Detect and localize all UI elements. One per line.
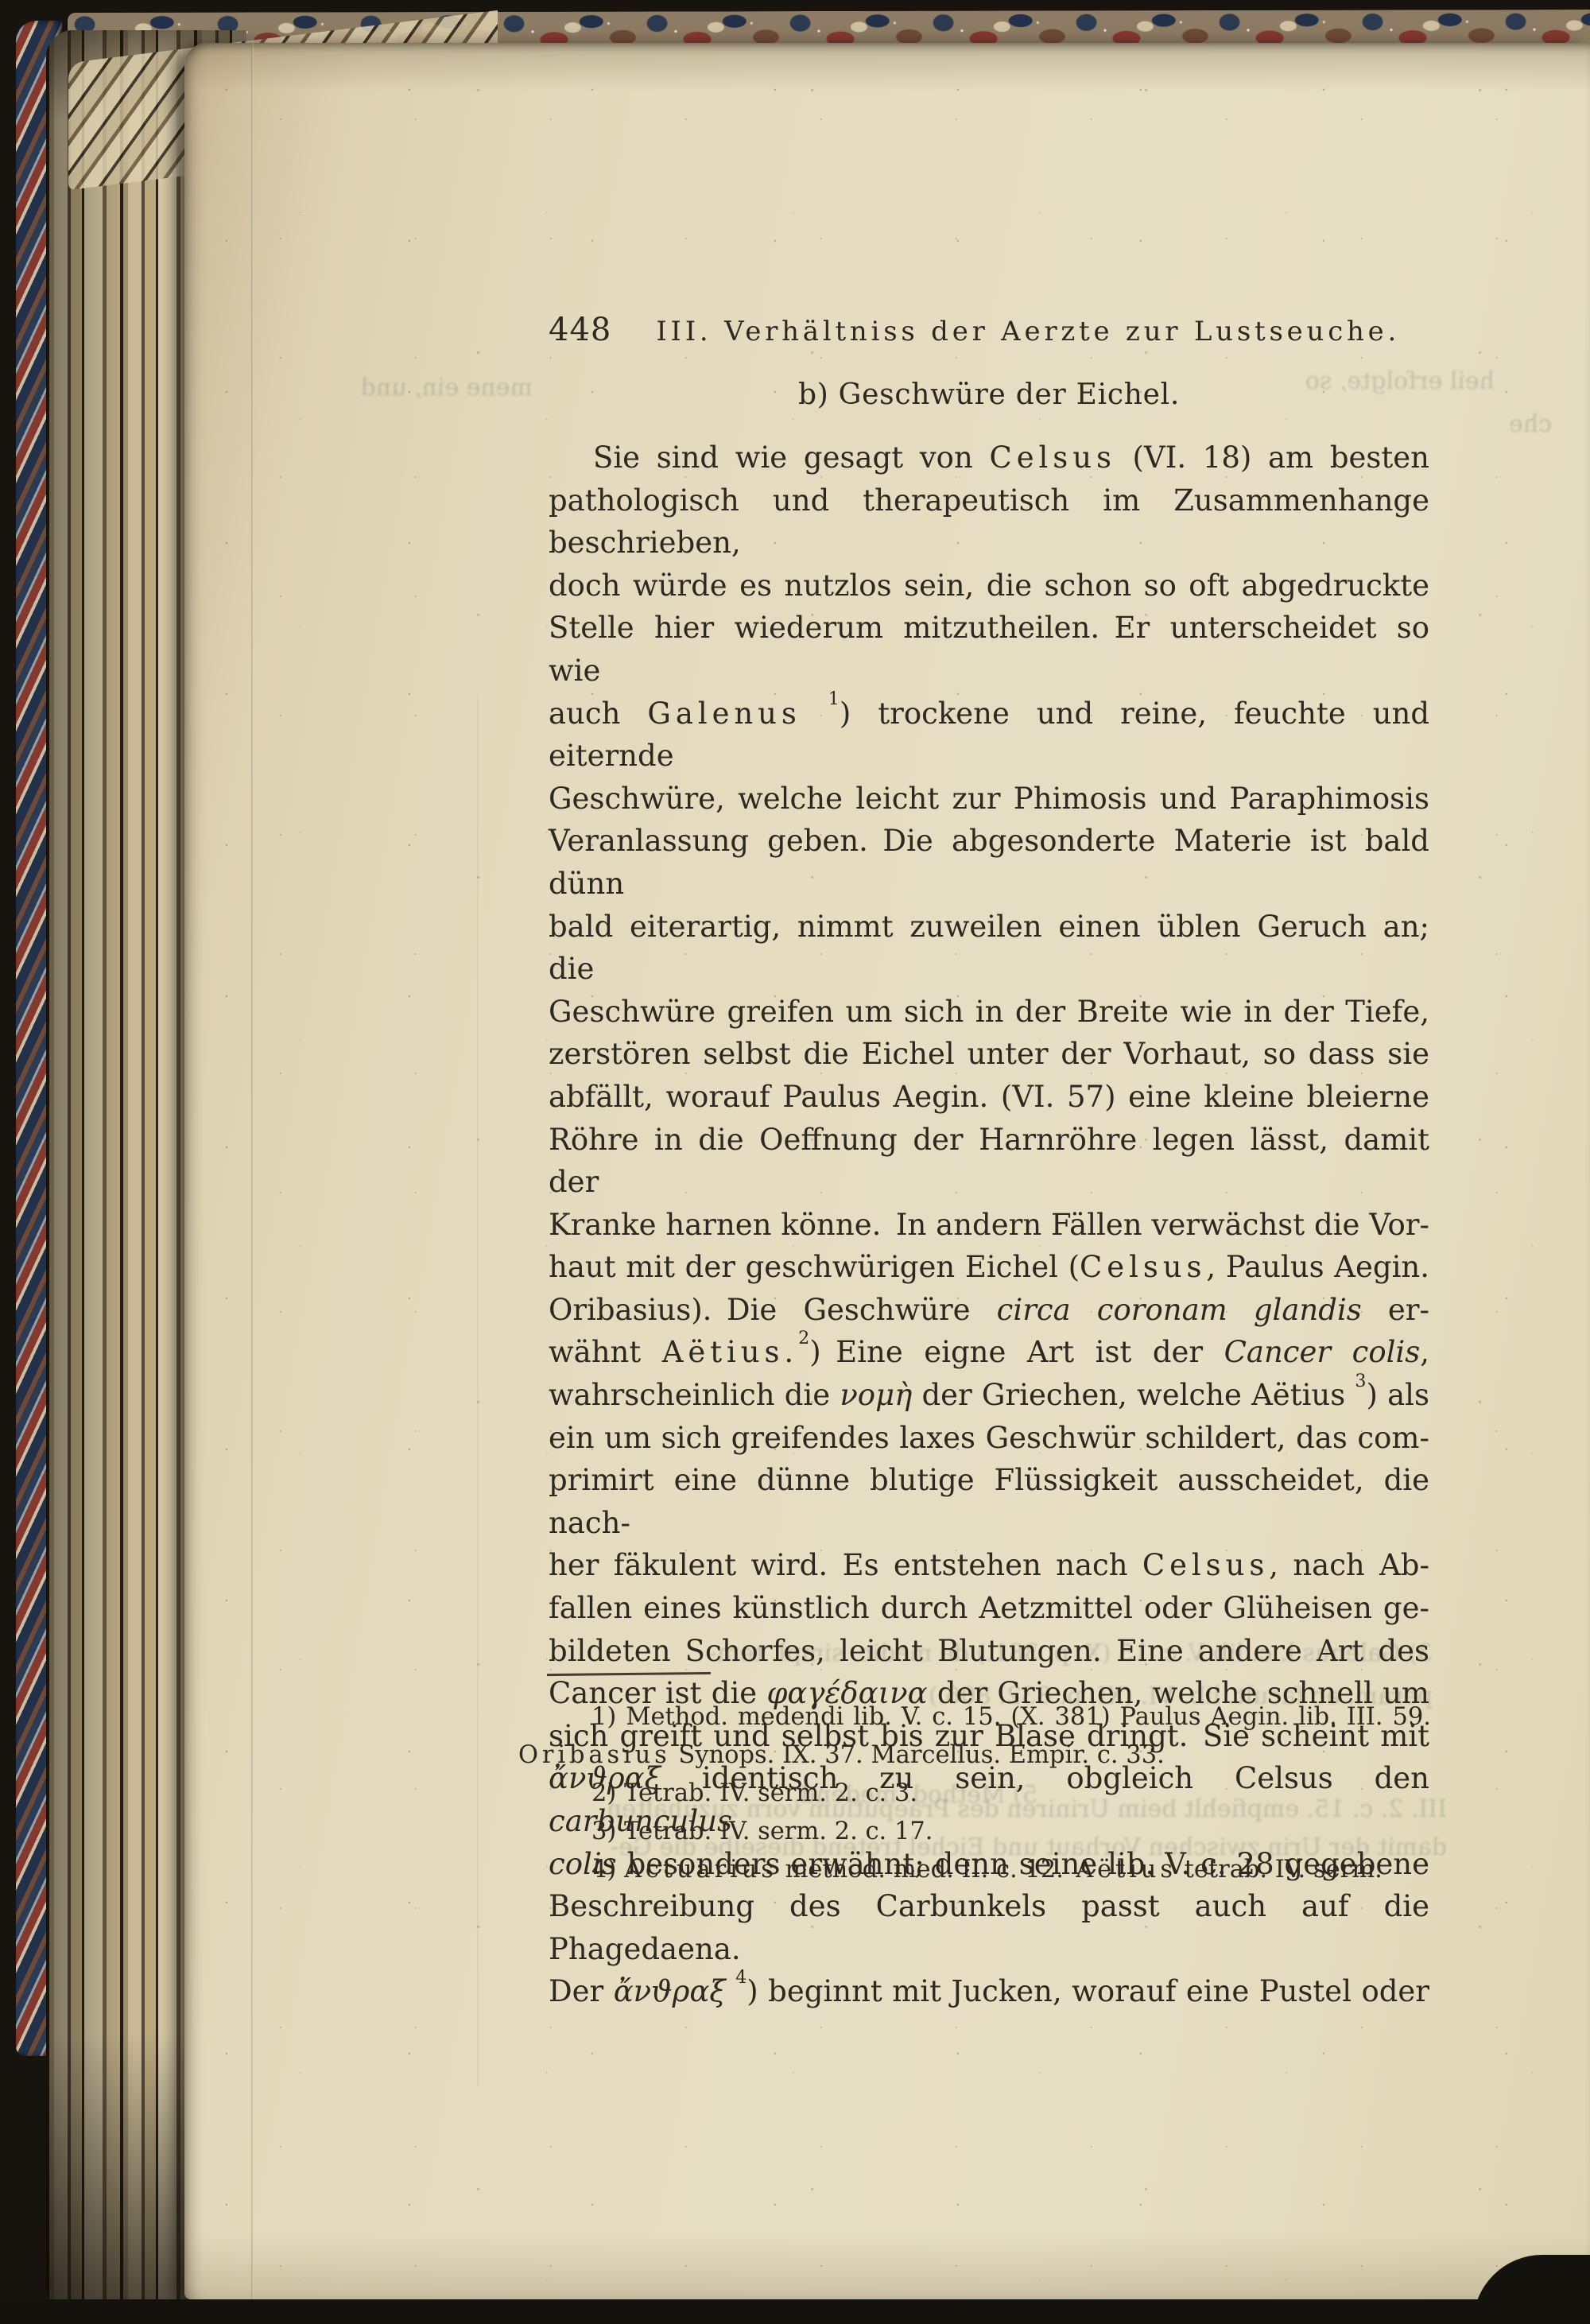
text-line: Geschwüre greifen um sich in der Breite … (549, 991, 1429, 1034)
text-line: Veranlassung geben. Die abgesonderte Mat… (549, 820, 1429, 905)
text-line: wahrscheinlich die νομὴ der Griechen, we… (549, 1374, 1429, 1417)
book-scan: mene ein, und heil erfolgte, so che 3) G… (0, 0, 1590, 2324)
text-line: Röhre in die Oeffnung der Harnröhre lege… (549, 1119, 1429, 1204)
footnote-line: 1) Method. medendi lib. V. c. 15. (X. 38… (518, 1698, 1431, 1736)
footnote-line: 3) Tetrab. IV. serm. 2. c. 17. (518, 1813, 1431, 1851)
text-line: haut mit der geschwürigen Eichel (Celsus… (549, 1246, 1429, 1289)
text-line: wähnt Aëtius.2) Eine eigne Art ist der C… (549, 1331, 1429, 1374)
footnotes: 1) Method. medendi lib. V. c. 15. (X. 38… (518, 1698, 1431, 1889)
text-line: her fäkulent wird. Es entstehen nach Cel… (549, 1544, 1429, 1587)
section-heading: b) Geschwüre der Eichel. (549, 378, 1429, 411)
footnote-line: 4) Actuarius method. med. II. c. 12. Aët… (518, 1851, 1431, 1889)
running-title: III. Verhältniss der Aerzte zur Lustseuc… (656, 316, 1400, 347)
text-line: zerstören selbst die Eichel unter der Vo… (549, 1033, 1429, 1076)
text-line: fallen eines künstlich durch Aetzmittel … (549, 1587, 1429, 1630)
text-line: ein um sich greifendes laxes Geschwür sc… (549, 1417, 1429, 1460)
text-line: Oribasius). Die Geschwüre circa coronam … (549, 1289, 1429, 1332)
scan-bottom-edge (0, 2299, 1590, 2324)
text-line: pathologisch und therapeutisch im Zusamm… (549, 479, 1429, 565)
text-line: Geschwüre, welche leicht zur Phimosis un… (549, 778, 1429, 821)
showthrough-text: mene ein, und (278, 374, 533, 402)
binding-crease (251, 43, 254, 2299)
running-header: 448 III. Verhältniss der Aerzte zur Lust… (549, 312, 1429, 348)
text-line: Beschreibung des Carbunkels passt auch a… (549, 1885, 1429, 1970)
text-line: abfällt, worauf Paulus Aegin. (VI. 57) e… (549, 1076, 1429, 1119)
text-line: bald eiterartig, nimmt zuweilen einen üb… (549, 906, 1429, 991)
footnote-line: 2) Tetrab. IV. serm. 2. c. 3. (518, 1775, 1431, 1813)
page-number: 448 (549, 312, 611, 348)
text-line: Stelle hier wiederum mitzutheilen. Er un… (549, 607, 1429, 692)
text-line: doch würde es nutzlos sein, die schon so… (549, 565, 1429, 607)
text-line: primirt eine dünne blutige Flüssigkeit a… (549, 1459, 1429, 1544)
book-page: mene ein, und heil erfolgte, so che 3) G… (184, 43, 1590, 2299)
text-line: Der ἄνϑραξ 4) beginnt mit Jucken, worauf… (549, 1970, 1429, 2013)
showthrough-text: che (1488, 410, 1552, 438)
text-line: bildeten Schorfes, leicht Blutungen. Ein… (549, 1630, 1429, 1673)
text-line: Kranke harnen könne. In andern Fällen ve… (549, 1204, 1429, 1247)
fold-crease (477, 695, 479, 2086)
footnote-line: Oribasius Synops. IX. 37. Marcellus. Emp… (518, 1736, 1431, 1775)
text-line: Sie sind wie gesagt von Celsus (VI. 18) … (549, 436, 1429, 479)
text-line: auch Galenus 1) trockene und reine, feuc… (549, 693, 1429, 778)
